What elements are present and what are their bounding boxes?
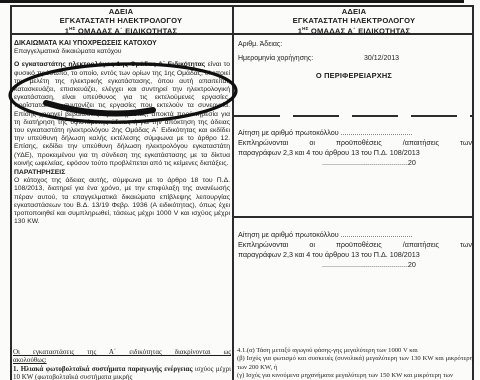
classification-item-1: 1. Ηλιακά φωτοβολταϊκά συστήματα παραγωγ… — [13, 365, 231, 380]
year-dotted-line: ........................................… — [238, 158, 472, 168]
bottom-row-divider — [0, 0, 464, 3]
threshold-line-2: (β) Ισχύς για φωτισμό και συσκευές (συνο… — [237, 355, 473, 372]
protocol-number-line: Αίτηση με αριθμό πρωτοκόλλου ...........… — [238, 128, 472, 138]
license-number-label: Αριθμ. Άδειας: — [238, 41, 282, 48]
issue-date-value: 30/12/2013 — [364, 55, 399, 62]
paragraph-body: είναι το φυσικό πρόσωπο, το οποίο, εντός… — [14, 61, 230, 166]
threshold-line-1: 4.1.(α) Τάση μεταξύ αγωγού φάσης-γης μεγ… — [237, 347, 473, 355]
renewal-block-1: Αίτηση με αριθμό πρωτοκόλλου ...........… — [238, 128, 472, 168]
issue-date-row: Ημερομηνία χορήγησης: 30/12/2013 — [238, 55, 472, 62]
header-right-cell: ΑΔΕΙΑ ΕΓΚΑΤΑΣΤΑΤΗ ΗΛΕΚΤΡΟΛΟΓΟΥ 1ΗΣ ΟΜΑΔΑ… — [234, 8, 474, 36]
issue-date-label: Ημερομηνία χορήγησης: — [238, 55, 313, 62]
conditions-line-2: παραγράφων 2,3 και 4 του άρθρου 13 του Π… — [238, 250, 472, 260]
license-number-row: Αριθμ. Άδειας: — [238, 41, 472, 48]
rights-heading: ΔΙΚΑΙΩΜΑΤΑ ΚΑΙ ΥΠΟΧΡΕΩΣΕΙΣ ΚΑΤΟΧΟΥ — [14, 40, 230, 48]
conditions-line-1: Εκπληρώνονται οι προϋποθέσεις /απαιτήσει… — [238, 138, 472, 148]
right-section-divider-1 — [234, 115, 474, 117]
right-section-divider-2 — [234, 216, 474, 218]
group-specialty: ΟΜΑΔΑΣ Α΄ ΕΙΔΙΚΟΤΗΤΑΣ — [76, 27, 178, 36]
conditions-line-1: Εκπληρώνονται οι προϋποθέσεις /απαιτήσει… — [238, 240, 472, 250]
conditions-line-2: παραγράφων 2,3 και 4 του άρθρου 13 του Π… — [238, 148, 472, 158]
classification-intro-line2: ακολούθως: — [13, 356, 231, 364]
installer-definition-paragraph: Ο εγκαταστάτης ηλεκτρολόγος 1ης Ομάδας Α… — [14, 61, 230, 168]
group-specialty: ΟΜΑΔΑΣ Α΄ ΕΙΔΙΚΟΤΗΤΑΣ — [309, 27, 411, 36]
protocol-number-line: Αίτηση με αριθμό πρωτοκόλλου ...........… — [238, 230, 472, 240]
paragraph-lead: Ο εγκαταστάτης ηλεκτρολόγος 1ης Ομάδας Α… — [14, 61, 205, 68]
header-left-cell: ΑΔΕΙΑ ΕΓΚΑΤΑΣΤΑΤΗ ΗΛΕΚΤΡΟΛΟΓΟΥ 1ΗΣ ΟΜΑΔΑ… — [12, 8, 230, 36]
license-title-line2: ΕΓΚΑΤΑΣΤΑΤΗ ΗΛΕΚΤΡΟΛΟΓΟΥ — [12, 17, 230, 26]
item-1-title: 1. Ηλιακά φωτοβολταϊκά συστήματα παραγωγ… — [13, 365, 192, 373]
classification-intro-line1: Οι εγκαταστάσεις της Α΄ ειδικότητας διακ… — [13, 348, 231, 356]
license-title-line2: ΕΓΚΑΤΑΣΤΑΤΗ ΗΛΕΚΤΡΟΛΟΓΟΥ — [234, 17, 474, 26]
threshold-line-3: (γ) Ισχύς για κινούμενα μηχανήματα μεγαλ… — [237, 372, 473, 380]
notes-paragraph: Ο κάτοχος της άδειας αυτής, σύμφωνα με τ… — [14, 177, 230, 226]
renewal-block-2: Αίτηση με αριθμό πρωτοκόλλου ...........… — [238, 230, 472, 270]
license-title-line3: 1ΗΣ ΟΜΑΔΑΣ Α΄ ΕΙΔΙΚΟΤΗΤΑΣ — [12, 25, 230, 36]
column-divider — [232, 5, 234, 380]
scanned-license-document: ΑΔΕΙΑ ΕΓΚΑΤΑΣΤΑΤΗ ΗΛΕΚΤΡΟΛΟΓΟΥ 1ΗΣ ΟΜΑΔΑ… — [0, 0, 480, 380]
rights-and-obligations-section: ΔΙΚΑΙΩΜΑΤΑ ΚΑΙ ΥΠΟΧΡΕΩΣΕΙΣ ΚΑΤΟΧΟΥ Επαγγ… — [14, 40, 230, 226]
installations-classification-section: Οι εγκαταστάσεις της Α΄ ειδικότητας διακ… — [13, 348, 231, 380]
license-title-line3: 1ΗΣ ΟΜΑΔΑΣ Α΄ ΕΙΔΙΚΟΤΗΤΑΣ — [234, 25, 474, 36]
thresholds-section: 4.1.(α) Τάση μεταξύ αγωγού φάσης-γης μεγ… — [237, 347, 473, 380]
rights-subheading: Επαγγελματικά δικαιώματα κατόχου — [14, 48, 230, 56]
signer-title: Ο ΠΕΡΙΦΕΡΕΙΑΡΧΗΣ — [238, 71, 470, 80]
year-dotted-line: ........................................… — [238, 260, 472, 270]
